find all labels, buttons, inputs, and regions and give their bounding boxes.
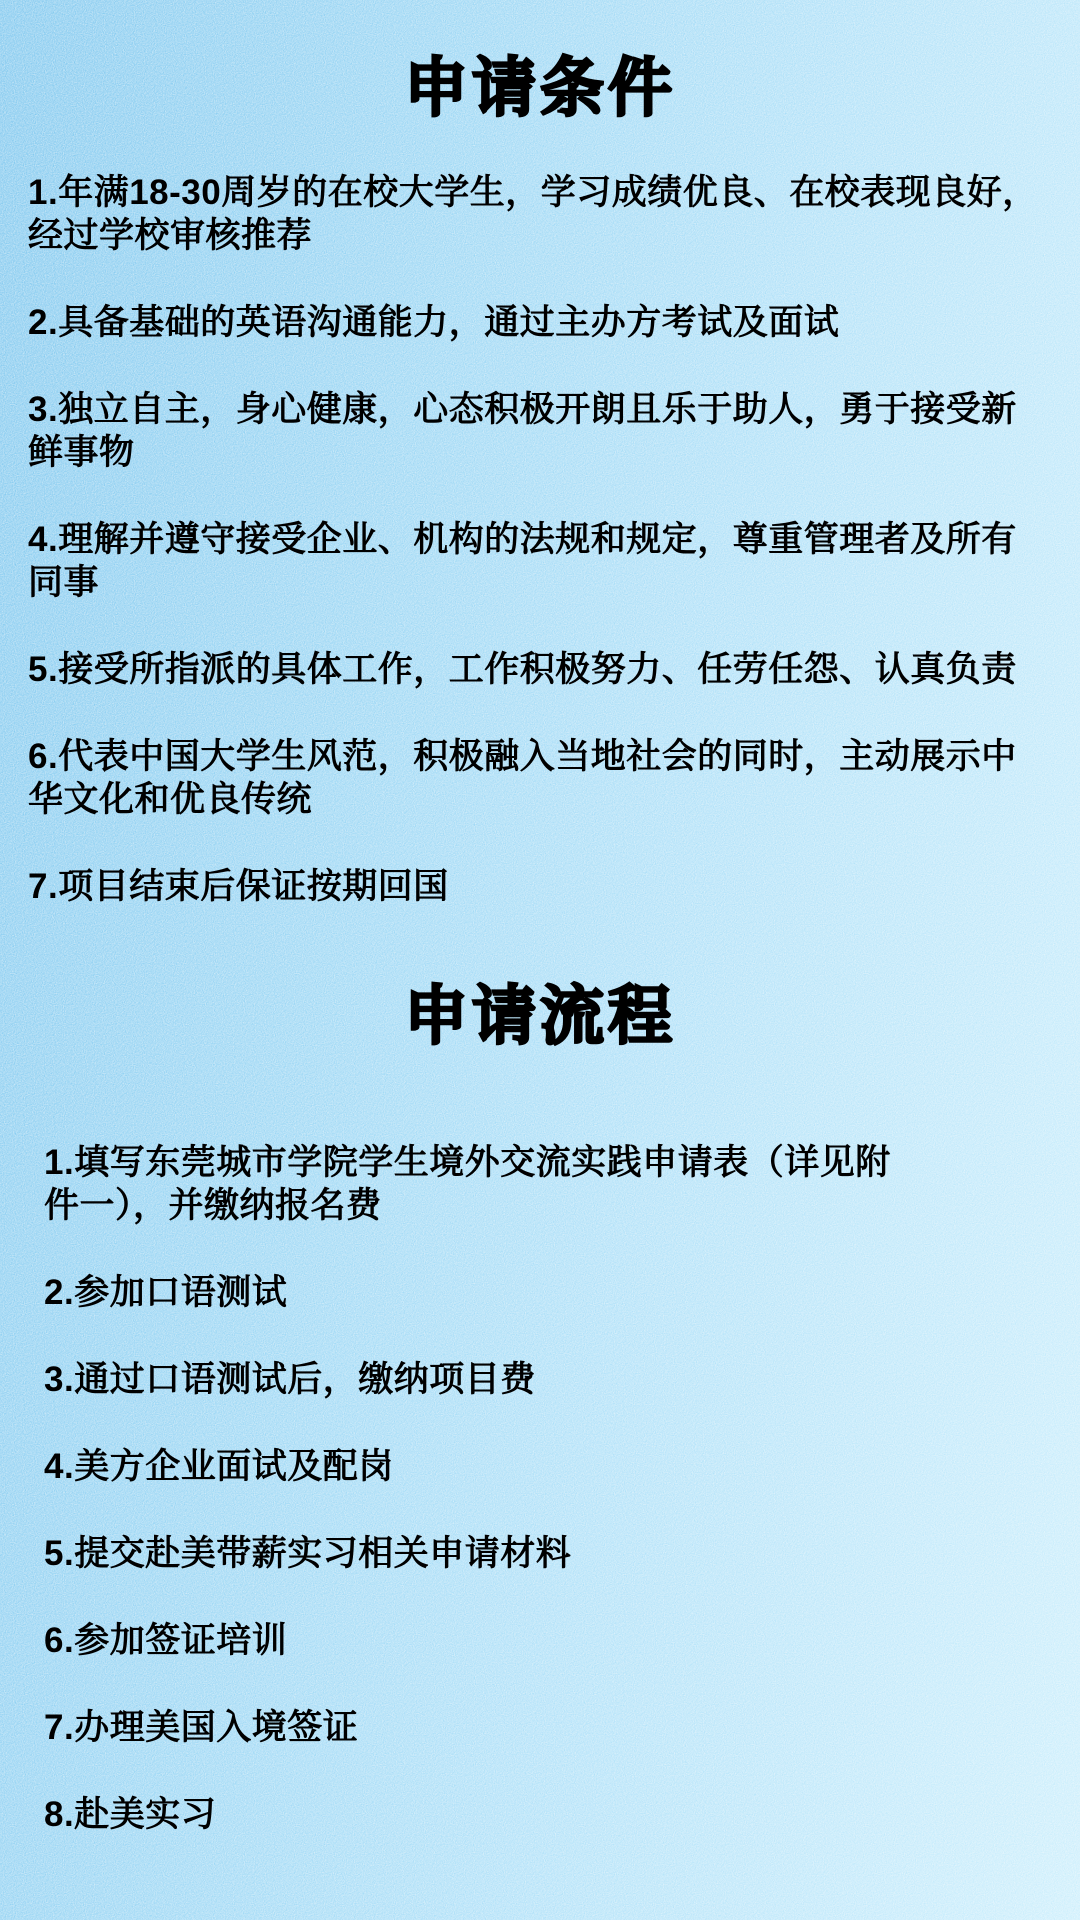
process-step-7: 7.办理美国入境签证 <box>28 1706 908 1749</box>
condition-item-2: 2.具备基础的英语沟通能力，通过主办方考试及面试 <box>28 301 1038 344</box>
process-step-4: 4.美方企业面试及配岗 <box>28 1445 908 1488</box>
condition-item-3: 3.独立自主，身心健康，心态积极开朗且乐于助人，勇于接受新鲜事物 <box>28 388 1038 474</box>
process-step-2: 2.参加口语测试 <box>28 1271 908 1314</box>
poster-content: 申请条件 1.年满18-30周岁的在校大学生，学习成绩优良、在校表现良好，经过学… <box>0 0 1080 1836</box>
condition-item-7: 7.项目结束后保证按期回国 <box>28 865 1038 908</box>
section-title-application-conditions: 申请条件 <box>28 50 1052 127</box>
condition-item-4: 4.理解并遵守接受企业、机构的法规和规定，尊重管理者及所有同事 <box>28 518 1038 604</box>
section-application-conditions: 申请条件 1.年满18-30周岁的在校大学生，学习成绩优良、在校表现良好，经过学… <box>28 50 1052 908</box>
section-title-application-process: 申请流程 <box>28 978 1052 1055</box>
condition-item-1: 1.年满18-30周岁的在校大学生，学习成绩优良、在校表现良好，经过学校审核推荐 <box>28 171 1038 257</box>
process-step-8: 8.赴美实习 <box>28 1793 908 1836</box>
section-application-process: 申请流程 1.填写东莞城市学院学生境外交流实践申请表（详见附件一），并缴纳报名费… <box>28 978 1052 1836</box>
condition-item-5: 5.接受所指派的具体工作，工作积极努力、任劳任怨、认真负责 <box>28 648 1038 691</box>
process-step-5: 5.提交赴美带薪实习相关申请材料 <box>28 1532 908 1575</box>
process-step-3: 3.通过口语测试后，缴纳项目费 <box>28 1358 908 1401</box>
process-step-1: 1.填写东莞城市学院学生境外交流实践申请表（详见附件一），并缴纳报名费 <box>28 1141 908 1227</box>
process-step-6: 6.参加签证培训 <box>28 1619 908 1662</box>
condition-item-6: 6.代表中国大学生风范，积极融入当地社会的同时，主动展示中华文化和优良传统 <box>28 735 1038 821</box>
